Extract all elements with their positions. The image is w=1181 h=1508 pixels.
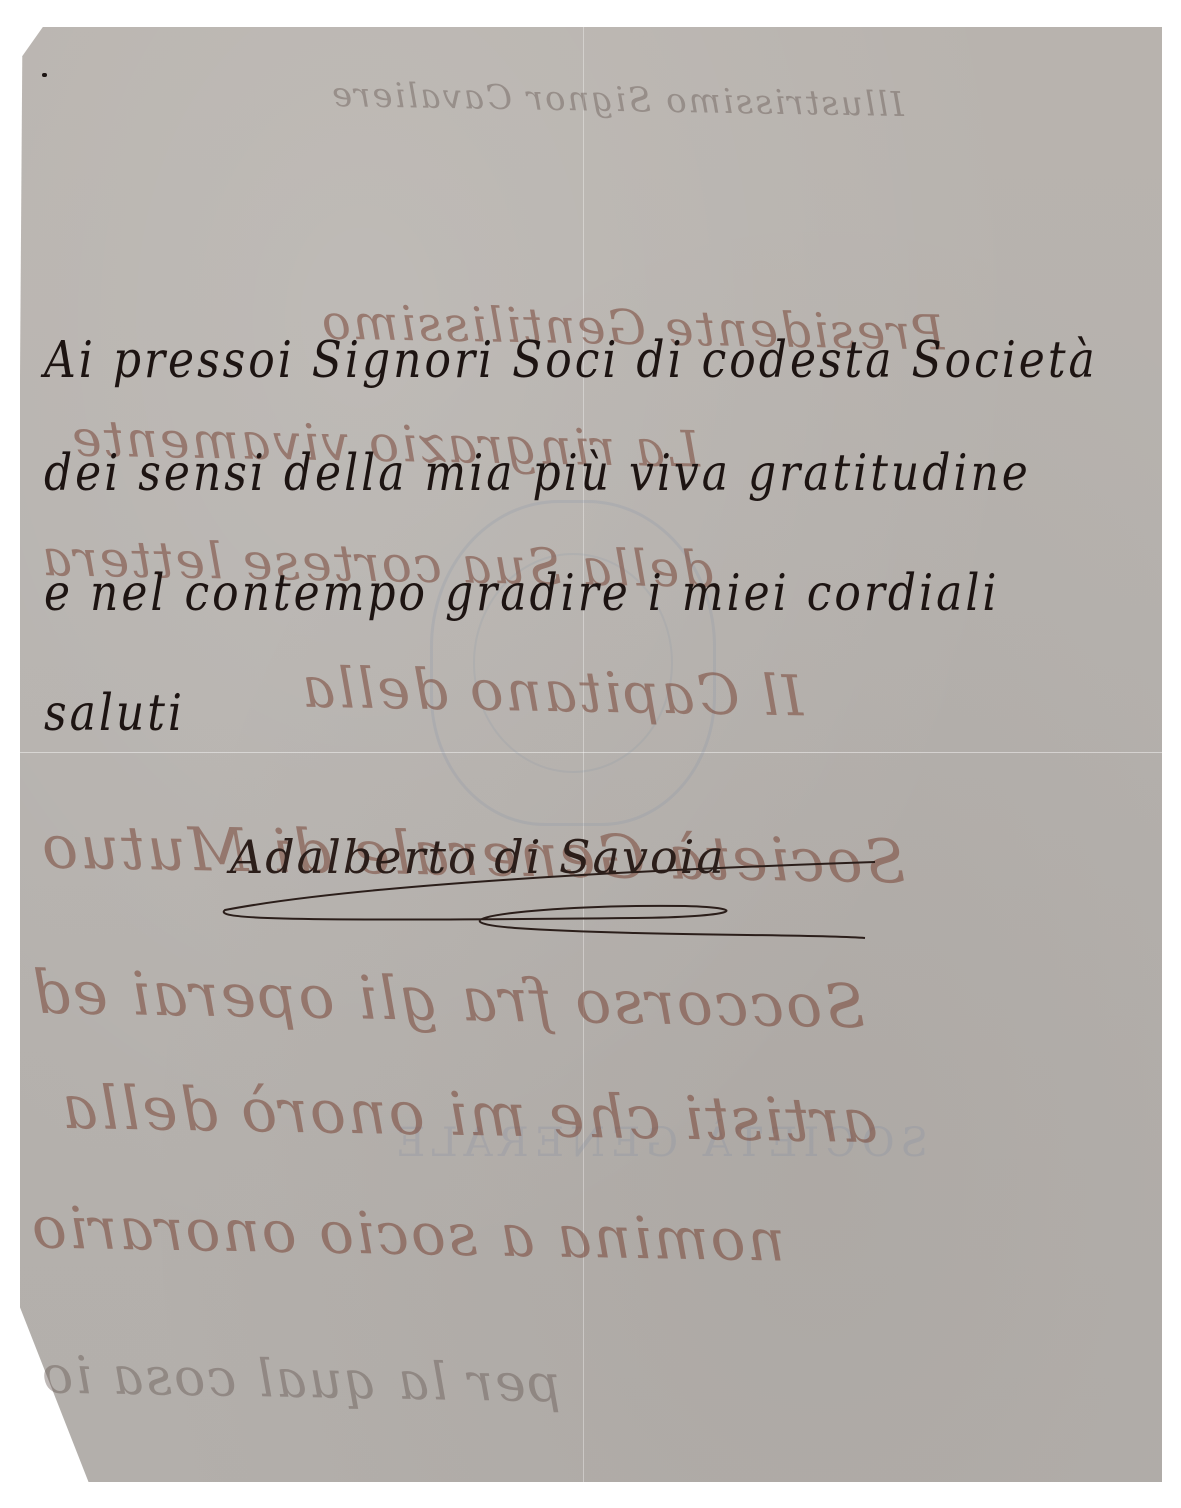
bleed-through-line: artisti che mi onorò della <box>59 1073 878 1157</box>
bleed-through-line: nomina a socio onorario <box>29 1193 785 1274</box>
ink-speck <box>42 73 47 77</box>
signature-flourish <box>215 860 895 940</box>
bleed-through-line: Soccorso fra gli operai ed <box>29 958 866 1043</box>
letter-line-3: e nel contempo gradire i miei cordiali <box>44 564 999 623</box>
bleed-through-line: Il Capitano della <box>299 656 804 730</box>
letter-line-1: Ai pressoi Signori Soci di codesta Socie… <box>44 331 1098 390</box>
bleed-through-line: per la qual cosa io <box>40 1345 562 1414</box>
letter-line-4: saluti <box>44 684 185 743</box>
letter-line-2: dei sensi della mia più viva gratitudine <box>44 444 1031 503</box>
